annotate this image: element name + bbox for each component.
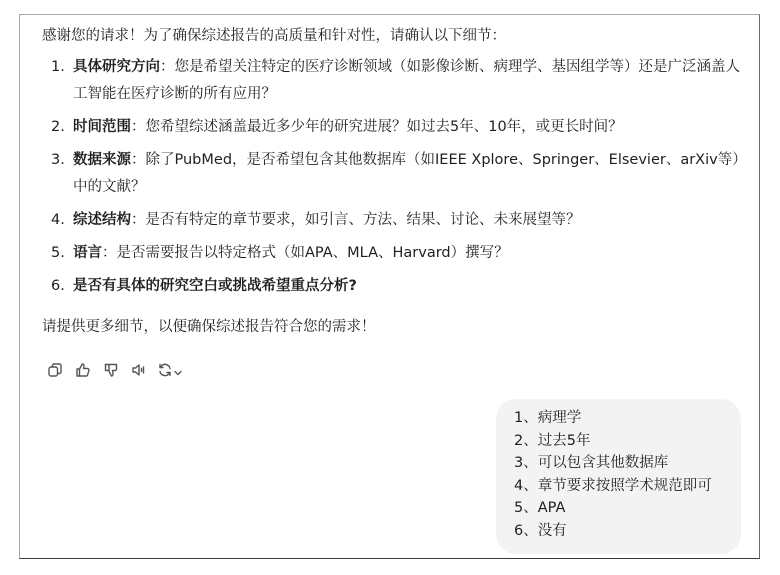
list-item: 1. 具体研究方向：您是希望关注特定的医疗诊断领域（如影像诊断、病理学、基因组学… (42, 54, 742, 108)
item-text: ：除了PubMed，是否希望包含其他数据库（如IEEE Xplore、Sprin… (73, 152, 739, 195)
regenerate-icon (157, 362, 173, 382)
list-item: 2. 时间范围：您希望综述涵盖最近多少年的研究进展？如过去5年、10年，或更长时… (42, 114, 742, 141)
thumbs-up-button[interactable] (73, 362, 93, 382)
item-number: 4. (51, 207, 65, 234)
chat-window: 感谢您的请求！为了确保综述报告的高质量和针对性，请确认以下细节： 1. 具体研究… (19, 14, 760, 559)
user-reply-line: 2、过去5年 (514, 430, 741, 453)
item-title: 综述结构 (73, 212, 131, 228)
item-text: ：您是希望关注特定的医疗诊断领域（如影像诊断、病理学、基因组学等）还是广泛涵盖人… (73, 59, 740, 102)
user-message-bubble: 1、病理学 2、过去5年 3、可以包含其他数据库 4、章节要求按照学术规范即可 … (496, 399, 741, 554)
user-reply-line: 4、章节要求按照学术规范即可 (514, 475, 741, 498)
item-title: 语言 (73, 245, 102, 261)
item-title: 数据来源 (73, 152, 131, 168)
user-reply-line: 1、病理学 (514, 407, 741, 430)
item-title: 具体研究方向 (73, 59, 160, 75)
copy-button[interactable] (45, 362, 65, 382)
thumbs-down-button[interactable] (101, 362, 121, 382)
list-item: 6. 是否有具体的研究空白或挑战希望重点分析? (42, 273, 742, 300)
thumbs-down-icon (103, 362, 119, 382)
user-reply-line: 6、没有 (514, 520, 741, 543)
list-item: 3. 数据来源：除了PubMed，是否希望包含其他数据库（如IEEE Xplor… (42, 147, 742, 201)
item-number: 2. (51, 114, 65, 141)
clarification-list: 1. 具体研究方向：您是希望关注特定的医疗诊断领域（如影像诊断、病理学、基因组学… (42, 54, 742, 300)
assistant-message: 感谢您的请求！为了确保综述报告的高质量和针对性，请确认以下细节： 1. 具体研究… (42, 23, 742, 341)
user-reply-line: 3、可以包含其他数据库 (514, 452, 741, 475)
read-aloud-button[interactable] (129, 362, 149, 382)
item-text: ：是否需要报告以特定格式（如APA、MLA、Harvard）撰写？ (102, 245, 509, 261)
item-text: ：是否有特定的章节要求，如引言、方法、结果、讨论、未来展望等？ (131, 212, 581, 228)
user-reply-line: 5、APA (514, 497, 741, 520)
list-item: 5. 语言：是否需要报告以特定格式（如APA、MLA、Harvard）撰写？ (42, 240, 742, 267)
speaker-icon (131, 362, 147, 382)
item-number: 3. (51, 147, 65, 174)
item-title: 是否有具体的研究空白或挑战希望重点分析? (73, 278, 357, 294)
chevron-down-icon[interactable] (173, 363, 183, 382)
regenerate-button[interactable] (157, 362, 183, 382)
item-number: 1. (51, 54, 65, 81)
item-text: ：您希望综述涵盖最近多少年的研究进展？如过去5年、10年，或更长时间？ (131, 119, 623, 135)
assistant-closing: 请提供更多细节，以便确保综述报告符合您的需求！ (42, 314, 742, 341)
message-actions (45, 362, 191, 382)
item-title: 时间范围 (73, 119, 131, 135)
item-number: 5. (51, 240, 65, 267)
assistant-intro: 感谢您的请求！为了确保综述报告的高质量和针对性，请确认以下细节： (42, 23, 742, 50)
thumbs-up-icon (75, 362, 91, 382)
copy-icon (47, 362, 63, 382)
item-number: 6. (51, 273, 65, 300)
list-item: 4. 综述结构：是否有特定的章节要求，如引言、方法、结果、讨论、未来展望等？ (42, 207, 742, 234)
